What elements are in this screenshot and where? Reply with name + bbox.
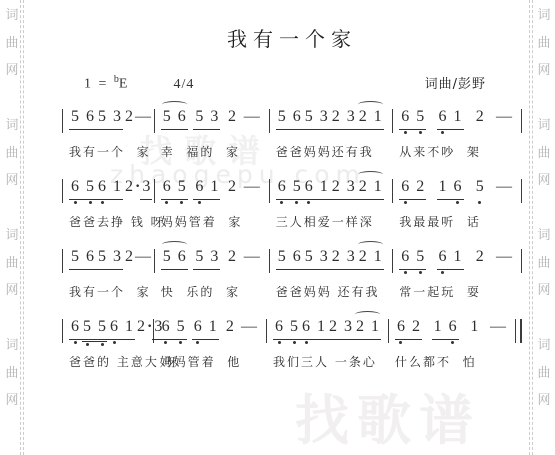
note-low-octave: 5 xyxy=(98,318,106,336)
measure: 56532—我有一个 家 xyxy=(63,248,154,300)
key-tonic: 1 xyxy=(84,77,93,92)
note: 1 xyxy=(209,318,217,336)
note-group-slurred: 21 xyxy=(354,318,381,340)
note: 6 xyxy=(86,248,94,266)
note-group: 53 xyxy=(303,248,330,270)
lyrics-line: 爸爸妈妈 还有我 xyxy=(276,283,384,300)
note-group: 2 xyxy=(123,248,135,269)
note-low-octave: 6 xyxy=(401,108,409,126)
lyrics-line: 我有一个 家 xyxy=(69,283,145,300)
note: 1 xyxy=(317,318,325,336)
note: 3 xyxy=(320,248,328,266)
note-group: 23 xyxy=(330,178,357,200)
note-low-octave: 6 xyxy=(71,318,79,336)
lyrics-line: 我有一个 家 xyxy=(69,143,145,160)
note-group: 23 xyxy=(327,318,354,340)
dash-note: — xyxy=(496,108,512,129)
note: 2 xyxy=(332,108,340,126)
note: 6 xyxy=(86,108,94,126)
note: 1 xyxy=(470,318,478,336)
measure: 65612·3爸爸去挣 钱 呀 xyxy=(63,178,154,230)
note: 2 xyxy=(125,178,133,196)
note: 2 xyxy=(332,248,340,266)
notes-row: 65612— xyxy=(161,178,260,205)
note-group: 65 xyxy=(399,108,426,130)
measure: 62165—我最最听 话 xyxy=(393,178,521,230)
note-group: 65 xyxy=(161,178,188,200)
song-title: 我有一个家 xyxy=(62,23,522,52)
note-group: 2 xyxy=(135,318,147,339)
note: 5 xyxy=(163,108,171,126)
notes-row: 65612— xyxy=(160,318,257,345)
note-low-octave: 6 xyxy=(449,318,457,336)
note: 3 xyxy=(320,108,328,126)
note-low-octave: 5 xyxy=(293,178,301,196)
note-group: 56 xyxy=(276,248,303,270)
note-low-octave: 6 xyxy=(195,178,203,196)
note: 2 xyxy=(356,318,364,336)
note-low-octave: 6 xyxy=(278,178,286,196)
score-line: 65612·3爸爸去挣 钱 呀65612—妈妈管着 家65612321三人相爱一… xyxy=(62,178,522,230)
note-group: 6 xyxy=(69,318,81,340)
note-group: 23 xyxy=(330,248,357,270)
note-low-octave: 5 xyxy=(86,178,94,196)
notes-row: 65612321 xyxy=(276,178,384,205)
note-low-octave: 6 xyxy=(397,318,405,336)
measure: 65612321三人相爱一样深 xyxy=(270,178,393,230)
note: 3 xyxy=(347,108,355,126)
note-group-slurred: 21 xyxy=(357,178,384,200)
key-signature: 1 = bE xyxy=(84,74,129,93)
note: 2 xyxy=(476,248,484,266)
measure: 65612—常一起玩 耍 xyxy=(393,248,521,300)
time-signature: 4/4 xyxy=(173,77,194,93)
lyrics-line: 妈妈管着 家 xyxy=(161,213,260,230)
note-low-octave: 5 xyxy=(290,318,298,336)
note-low-octave: 6 xyxy=(110,318,118,336)
notes-row: 56532— xyxy=(69,248,145,275)
note-low-octave: 6 xyxy=(439,248,447,266)
measure: 655612·3爸爸的 主意大 呀 xyxy=(63,318,153,370)
notes-row: 65612— xyxy=(399,108,512,135)
note-group: 16 xyxy=(437,178,464,200)
note-group: 2 xyxy=(123,178,135,199)
note-group: 65 xyxy=(69,178,96,200)
dash-note: — xyxy=(244,178,260,199)
note: 1 xyxy=(439,178,447,196)
note-group: 2 xyxy=(226,108,238,129)
lyrics-line: 爸爸妈妈还有我 xyxy=(276,143,384,160)
note-group: 16 xyxy=(432,318,459,340)
measure: 65612—从来不吵 架 xyxy=(393,108,521,160)
note: 1 xyxy=(125,318,133,336)
note-group: 61 xyxy=(300,318,327,340)
note-group-slurred: 21 xyxy=(357,248,384,270)
dash-note: — xyxy=(241,318,257,339)
measure: 65612—妈妈管着 他 xyxy=(154,318,266,370)
note: 2 xyxy=(125,108,133,126)
note-low-octave: 6 xyxy=(439,108,447,126)
lyrics-line: 三人相爱一样深 xyxy=(276,213,384,230)
score-line: 56532—我有一个 家56532—快 乐的 家56532321爸爸妈妈 还有我… xyxy=(62,248,522,300)
note-group: 2 xyxy=(123,108,135,129)
measure: 56532—幸 福的 家 xyxy=(155,108,269,160)
note-group: 1 xyxy=(468,318,480,339)
note: 3 xyxy=(142,178,150,196)
barline xyxy=(521,249,522,273)
notes-row: 65612— xyxy=(399,248,512,275)
note: 2 xyxy=(125,248,133,266)
note: 3 xyxy=(210,108,218,126)
notes-row: 56532— xyxy=(69,108,145,135)
note-low-octave: 6 xyxy=(275,318,283,336)
note-group: 2 xyxy=(474,248,486,269)
note: 6 xyxy=(293,108,301,126)
note: 2 xyxy=(332,178,340,196)
note: 2 xyxy=(329,318,337,336)
note-group: 53 xyxy=(96,108,123,130)
note-group-slurred: 21 xyxy=(357,108,384,130)
note: 1 xyxy=(210,178,218,196)
note: 2 xyxy=(359,178,367,196)
note: 5 xyxy=(195,248,203,266)
notes-row: 56532— xyxy=(161,248,260,275)
notes-row: 65612321 xyxy=(273,318,379,345)
lyrics-line: 什么都不 怕 xyxy=(395,353,506,370)
lyrics-line: 爸爸的 主意大 呀 xyxy=(69,353,144,370)
note-group: 55 xyxy=(81,318,108,340)
note-low-octave: 6 xyxy=(162,318,170,336)
note: 1 xyxy=(374,108,382,126)
note: 2 xyxy=(228,178,236,196)
notes-row: 56532— xyxy=(161,108,260,135)
note-group: 2 xyxy=(224,318,236,339)
note: 1 xyxy=(113,178,121,196)
key-note: E xyxy=(119,77,130,92)
dash-note: — xyxy=(496,248,512,269)
note-group: 62 xyxy=(399,178,426,200)
note-group: 53 xyxy=(303,108,330,130)
note-group: 23 xyxy=(330,108,357,130)
note: 3 xyxy=(210,248,218,266)
note: 6 xyxy=(293,248,301,266)
note-group: 2 xyxy=(474,108,486,129)
note: 3 xyxy=(347,178,355,196)
dash-note: — xyxy=(496,178,512,199)
note-group: 62 xyxy=(395,318,422,340)
note-low-octave: 6 xyxy=(98,178,106,196)
note: 2 xyxy=(359,108,367,126)
barline xyxy=(521,109,522,133)
note: 5 xyxy=(195,108,203,126)
note-group: 2 xyxy=(226,178,238,199)
note-group: 65 xyxy=(276,178,303,200)
note-group: 65 xyxy=(160,318,187,340)
note-low-octave: 5 xyxy=(177,318,185,336)
score-line: 655612·3爸爸的 主意大 呀65612—妈妈管着 他65612321我们三… xyxy=(62,318,522,370)
barline xyxy=(521,179,522,203)
note-group: 61 xyxy=(96,178,123,200)
notes-row: 65612·3 xyxy=(69,178,145,205)
dash-note: — xyxy=(135,248,151,269)
note: 3 xyxy=(344,318,352,336)
note-group: 5 xyxy=(474,178,486,199)
note: 1 xyxy=(320,178,328,196)
bottom-logo-watermark: 找歌谱 xyxy=(295,378,481,455)
measure: 65612—妈妈管着 家 xyxy=(155,178,269,230)
note: 5 xyxy=(163,248,171,266)
note-low-octave: 6 xyxy=(305,178,313,196)
note-group: 56 xyxy=(276,108,303,130)
note-group: 61 xyxy=(108,318,135,340)
note: 5 xyxy=(305,248,313,266)
note: 3 xyxy=(113,248,121,266)
note-group: 56 xyxy=(69,248,96,270)
lyrics-line: 我们三人 一条心 xyxy=(273,353,379,370)
left-watermark-column: 词 曲 网 词 曲 网 词 曲 网 词 曲 网 xyxy=(3,2,21,415)
note: 2 xyxy=(476,108,484,126)
measure: 56532—快 乐的 家 xyxy=(155,248,269,300)
note: 1 xyxy=(374,248,382,266)
note: 1 xyxy=(371,318,379,336)
sheet-music-page: 词 曲 网 词 曲 网 词 曲 网 词 曲 网 词 曲 网 词 曲 网 词 曲 … xyxy=(0,0,555,455)
lyrics-line: 妈妈管着 他 xyxy=(160,353,257,370)
note-low-octave: 6 xyxy=(454,178,462,196)
measure: 65612321我们三人 一条心 xyxy=(267,318,388,370)
lyrics-line: 常一起玩 耍 xyxy=(399,283,512,300)
note: 5 xyxy=(71,108,79,126)
credits: 词曲/彭野 xyxy=(425,73,486,92)
measure: 56532321爸爸妈妈 还有我 xyxy=(270,248,393,300)
note: 2 xyxy=(226,318,234,336)
note: 5 xyxy=(98,108,106,126)
right-watermark-column: 词 曲 网 词 曲 网 词 曲 网 词 曲 网 xyxy=(535,2,553,415)
note: 5 xyxy=(71,248,79,266)
note: 2 xyxy=(137,318,145,336)
notes-row: 56532321 xyxy=(276,108,384,135)
note: 1 xyxy=(454,108,462,126)
note-group: 53 xyxy=(96,248,123,270)
note-low-octave: 5 xyxy=(83,318,91,336)
note: 1 xyxy=(454,248,462,266)
dash-note: — xyxy=(135,108,151,129)
note: 6 xyxy=(178,108,186,126)
note-group: 61 xyxy=(437,248,464,270)
score-line: 56532—我有一个 家56532—幸 福的 家56532321爸爸妈妈还有我6… xyxy=(62,108,522,160)
final-barline xyxy=(515,319,522,343)
notes-row: 655612·3 xyxy=(69,318,144,345)
lyrics-line: 从来不吵 架 xyxy=(399,143,512,160)
notes-row: 62165— xyxy=(399,178,512,205)
dash-note: — xyxy=(244,108,260,129)
note-group: 61 xyxy=(437,108,464,130)
note: 3 xyxy=(113,108,121,126)
note-group: 61 xyxy=(192,318,219,340)
note-group-slurred: 56 xyxy=(161,108,188,130)
notes-row: 62161— xyxy=(395,318,506,345)
note: 2 xyxy=(228,108,236,126)
note: 6 xyxy=(178,248,186,266)
notes-row: 56532321 xyxy=(276,248,384,275)
note: 5 xyxy=(278,108,286,126)
lyrics-line: 快 乐的 家 xyxy=(161,283,260,300)
note-low-octave: 5 xyxy=(416,248,424,266)
note: 2 xyxy=(228,248,236,266)
note-group: 65 xyxy=(273,318,300,340)
note-group: 65 xyxy=(399,248,426,270)
note: 5 xyxy=(278,248,286,266)
dash-note: — xyxy=(244,248,260,269)
note-group: 53 xyxy=(193,108,220,130)
measure: 56532—我有一个 家 xyxy=(63,108,154,160)
note: 2 xyxy=(412,318,420,336)
right-dashed-border xyxy=(529,0,533,455)
note-low-octave: 5 xyxy=(416,108,424,126)
key-equals: = xyxy=(99,77,109,92)
note-group: 56 xyxy=(69,108,96,130)
note-group: 61 xyxy=(193,178,220,200)
note-group: 3 xyxy=(140,178,152,200)
note-low-octave: 6 xyxy=(71,178,79,196)
note-low-octave: 6 xyxy=(302,318,310,336)
note: 2 xyxy=(416,178,424,196)
note-group: 53 xyxy=(193,248,220,270)
note-low-octave: 5 xyxy=(178,178,186,196)
note: 1 xyxy=(434,318,442,336)
note: 5 xyxy=(98,248,106,266)
measure: 56532321爸爸妈妈还有我 xyxy=(270,108,393,160)
note-low-octave: 5 xyxy=(476,178,484,196)
note: 2 xyxy=(359,248,367,266)
note-low-octave: 6 xyxy=(163,178,171,196)
note-low-octave: 6 xyxy=(401,248,409,266)
meta-row: 1 = bE 4/4 词曲/彭野 xyxy=(62,73,522,93)
note-group-slurred: 56 xyxy=(161,248,188,270)
note: 5 xyxy=(305,108,313,126)
note-low-octave: 6 xyxy=(194,318,202,336)
note: 3 xyxy=(347,248,355,266)
note: 1 xyxy=(374,178,382,196)
score: 56532—我有一个 家56532—幸 福的 家56532321爸爸妈妈还有我6… xyxy=(62,108,522,370)
left-dashed-border xyxy=(20,0,24,455)
dash-note: — xyxy=(490,318,506,339)
lyrics-line: 我最最听 话 xyxy=(399,213,512,230)
lyrics-line: 爸爸去挣 钱 呀 xyxy=(69,213,145,230)
measure: 62161—什么都不 怕 xyxy=(389,318,515,370)
note-group: 61 xyxy=(303,178,330,200)
note-group: 2 xyxy=(226,248,238,269)
lyrics-line: 幸 福的 家 xyxy=(161,143,260,160)
score-content: 我有一个家 1 = bE 4/4 词曲/彭野 56532—我有一个 家56532… xyxy=(62,0,522,388)
note-low-octave: 6 xyxy=(401,178,409,196)
